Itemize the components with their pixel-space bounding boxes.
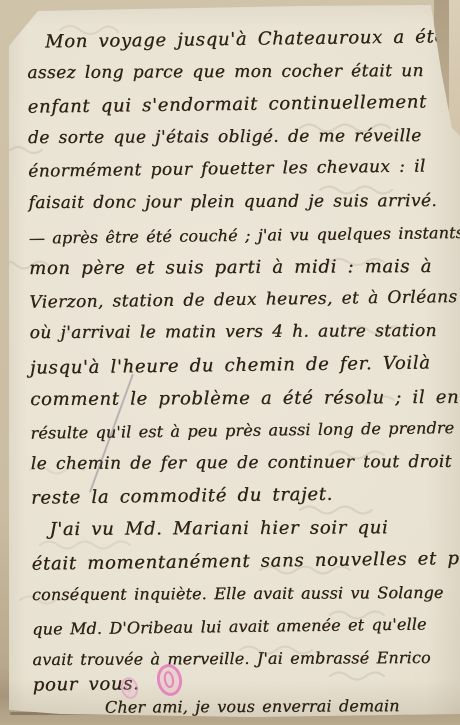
letter-line: Mon voyage jusqu'à Chateauroux a été xyxy=(0,23,457,62)
stamp-inner-mark xyxy=(163,670,176,688)
letter-line: jusqu'à l'heure du chemin de fer. Voilà xyxy=(0,349,460,388)
letter-text: Mon voyage jusqu'à Chateauroux a été ass… xyxy=(0,24,460,725)
letter-line: était momentanément sans nouvelles et pa… xyxy=(1,544,460,583)
letter-line: le chemin de fer que de continuer tout d… xyxy=(1,449,460,484)
letter-line: énormément pour fouetter les chevaux : i… xyxy=(0,153,458,192)
letter-line: résulte qu'il est à peu près aussi long … xyxy=(0,414,460,453)
letter-line: J'ai vu Md. Mariani hier soir qui xyxy=(1,514,460,549)
scanned-letter: Mon voyage jusqu'à Chateauroux a été ass… xyxy=(0,0,460,725)
letter-line: faisait donc jour plein quand je suis ar… xyxy=(0,188,459,223)
letter-line: reste la commodité du trajet. xyxy=(1,479,460,518)
letter-line: conséquent inquiète. Elle avait aussi vu… xyxy=(2,579,460,614)
letter-line: de sorte que j'étais obligé. de me révei… xyxy=(0,123,458,158)
stamp-inner-mark xyxy=(124,682,131,693)
letter-line: que Md. D'Oribeau lui avait amenée et qu… xyxy=(2,610,460,649)
letter-page: Mon voyage jusqu'à Chateauroux a été ass… xyxy=(0,0,460,725)
letter-line: comment le problème a été résolu ; il en xyxy=(0,383,460,418)
letter-line: assez long parce que mon cocher était un xyxy=(0,57,457,92)
letter-line: enfant qui s'endormait continuellement xyxy=(0,88,458,127)
letter-line: mon père et suis parti à midi : mais à xyxy=(0,253,459,288)
letter-line: Vierzon, station de deux heures, et à Or… xyxy=(0,284,460,323)
letter-line: où j'arrivai le matin vers 4 h. autre st… xyxy=(0,318,460,353)
letter-line: — après être été couché ; j'ai vu quelqu… xyxy=(0,219,459,258)
